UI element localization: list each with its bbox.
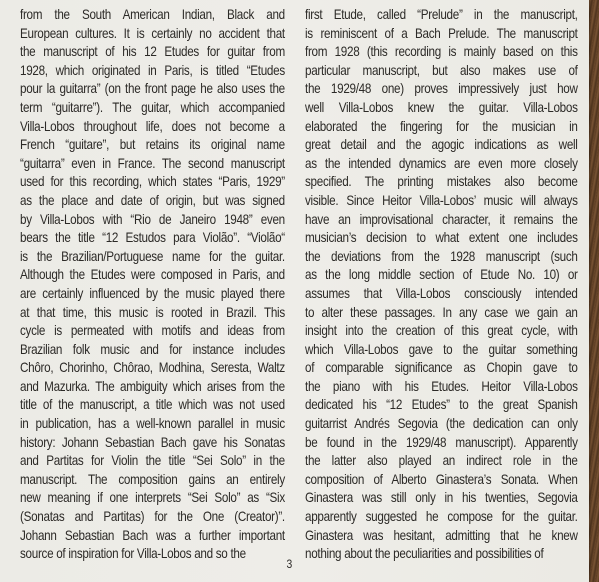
text-line: nothing about the peculiarities and poss… bbox=[305, 545, 578, 564]
text-line: to alter these passages. In any case we … bbox=[305, 304, 578, 323]
text-line: composition of Alberto Ginastera’s Sonat… bbox=[305, 471, 578, 490]
text-line: in publication, has a well-known paralle… bbox=[20, 415, 285, 434]
text-line: is reminiscent of a Bach Prelude. The ma… bbox=[305, 25, 578, 44]
text-line: (Sonatas and Partitas) for the One (Crea… bbox=[20, 508, 285, 527]
text-line: the latter also played an indirect role … bbox=[305, 452, 578, 471]
text-line: European cultures. It is certainly no ac… bbox=[20, 25, 285, 44]
text-line: and Partitas for Violin the title “Sei S… bbox=[20, 452, 285, 471]
text-line: great detail and the agogic indications … bbox=[305, 136, 578, 155]
text-line: particular manuscript, but also makes us… bbox=[305, 62, 578, 81]
text-line: are certainly influenced by the music pl… bbox=[20, 285, 285, 304]
text-line: Chôro, Chorinho, Chôrao, Modhina, Serest… bbox=[20, 359, 285, 378]
text-line: of comparable significance as Chopin gav… bbox=[305, 359, 578, 378]
text-line: from 1928 (this recording is mainly base… bbox=[305, 43, 578, 62]
text-line: apparently suggested he compose for the … bbox=[305, 508, 578, 527]
text-line: 1928, which originated in Paris, is titl… bbox=[20, 62, 285, 81]
text-line: bears the title “12 Estudos para Violão”… bbox=[20, 229, 285, 248]
text-line: Ginastera was still only in his twenties… bbox=[305, 489, 578, 508]
text-line: the 1929/48 one) proves impressively jus… bbox=[305, 80, 578, 99]
text-line: title of the manuscript, a title which w… bbox=[20, 396, 285, 415]
text-line: Johann Sebastian Bach was a further impo… bbox=[20, 527, 285, 546]
text-line: well Villa-Lobos knew the guitar. Villa-… bbox=[305, 99, 578, 118]
text-line: manuscript. The composition gains an ent… bbox=[20, 471, 285, 490]
text-line: guitarrist Andrés Segovia (the dedicatio… bbox=[305, 415, 578, 434]
text-line: the deviations from the 1928 manuscript … bbox=[305, 248, 578, 267]
page-number: 3 bbox=[286, 557, 292, 571]
left-text-column: from the South American Indian, Black an… bbox=[20, 6, 285, 564]
text-line: dedicated his “12 Etudes” to the great S… bbox=[305, 396, 578, 415]
text-line: be found in the 1929/48 manuscript). App… bbox=[305, 434, 578, 453]
text-line: source of inspiration for Villa-Lobos an… bbox=[20, 545, 285, 564]
text-line: used for this recording, which states “P… bbox=[20, 173, 285, 192]
text-line: specified. The printing mistakes also be… bbox=[305, 173, 578, 192]
text-line: and Mazurka. The ambiguity which arises … bbox=[20, 378, 285, 397]
text-line: visible. Since Heitor Villa-Lobos’ music… bbox=[305, 192, 578, 211]
text-line: assumes that Villa-Lobos consciously int… bbox=[305, 285, 578, 304]
text-line: Brazilian folk music and for instance in… bbox=[20, 341, 285, 360]
text-line: “guitarra” even in France. The second ma… bbox=[20, 155, 285, 174]
text-line: Villa-Lobos throughout life, does not be… bbox=[20, 118, 285, 137]
text-line: from the South American Indian, Black an… bbox=[20, 6, 285, 25]
text-line: Ginastera was hesitant, admitting that h… bbox=[305, 527, 578, 546]
text-line: the piano with his Etudes. Heitor Villa-… bbox=[305, 378, 578, 397]
text-line: pour la guitarra” (on the front page he … bbox=[20, 80, 285, 99]
text-line: as the intended dynamics are even more c… bbox=[305, 155, 578, 174]
text-line: cycle is permeated with motifs and ideas… bbox=[20, 322, 285, 341]
text-line: the manuscript of his 12 Etudes for guit… bbox=[20, 43, 285, 62]
text-line: as the long middle section of Etude No. … bbox=[305, 266, 578, 285]
text-line: is the Brazilian/Portuguese name for the… bbox=[20, 248, 285, 267]
text-line: at that time, this music is rooted in Br… bbox=[20, 304, 285, 323]
text-line: Although the Etudes were composed in Par… bbox=[20, 266, 285, 285]
text-line: French “guitare”, but retains its origin… bbox=[20, 136, 285, 155]
text-line: first Etude, called “Prelude” in the man… bbox=[305, 6, 578, 25]
text-line: history: Johann Sebastian Bach gave his … bbox=[20, 434, 285, 453]
text-line: which Villa-Lobos gave to the guitar som… bbox=[305, 341, 578, 360]
text-line: insight into the creation of this great … bbox=[305, 322, 578, 341]
text-line: have an improvisational character, it re… bbox=[305, 211, 578, 230]
wooden-surface-background bbox=[588, 0, 599, 582]
text-line: as the place and date of origin, but was… bbox=[20, 192, 285, 211]
text-line: by Villa-Lobos with “Rio de Janeiro 1948… bbox=[20, 211, 285, 230]
right-text-column: first Etude, called “Prelude” in the man… bbox=[305, 6, 578, 564]
booklet-page: from the South American Indian, Black an… bbox=[0, 0, 589, 582]
text-line: new meaning if one interprets “Sei Solo”… bbox=[20, 489, 285, 508]
text-line: term “guitarre”). The guitar, which acco… bbox=[20, 99, 285, 118]
text-line: musician’s decision to what extent one i… bbox=[305, 229, 578, 248]
text-line: elaborated the fingering for the musicia… bbox=[305, 118, 578, 137]
